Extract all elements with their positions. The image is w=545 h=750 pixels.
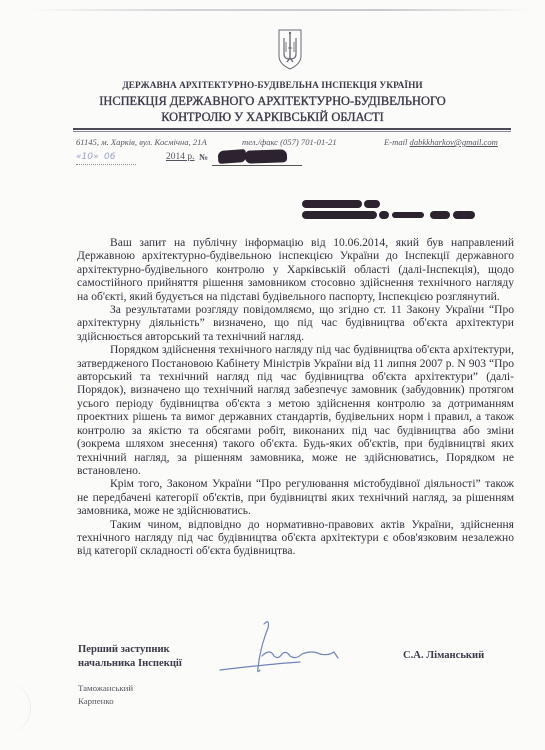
redaction-bar (430, 211, 450, 219)
parent-agency-name: ДЕРЖАВНА АРХІТЕКТУРНО-БУДІВЕЛЬНА ІНСПЕКЦ… (0, 81, 545, 91)
letter-page: ДЕРЖАВНА АРХІТЕКТУРНО-БУДІВЕЛЬНА ІНСПЕКЦ… (0, 0, 545, 750)
executor-name: Таможанський (78, 682, 133, 695)
scan-artifact (0, 683, 31, 733)
trident-emblem-icon (277, 28, 303, 70)
handwritten-signature (200, 618, 350, 678)
signer-title: Перший заступник начальника Інспекції (78, 643, 182, 671)
redaction-bar (302, 200, 362, 208)
date-day: «10» (76, 152, 99, 162)
redaction-bar (379, 211, 389, 219)
email-link[interactable]: dabkkharkov@gmail.com (410, 137, 498, 147)
agency-name-line-2: КОНТРОЛЮ У ХАРКІВСЬКІЙ ОБЛАСТІ (0, 110, 545, 125)
body-paragraph: За результатами розгляду повідомляємо, щ… (77, 304, 514, 344)
redacted-number (218, 149, 247, 164)
body-paragraph: Порядком здійснення технічного нагляду п… (77, 344, 514, 478)
redaction-bar (392, 212, 424, 218)
postal-address: 61145, м. Харків, вул. Космічна, 21А (76, 137, 207, 147)
date-month: 06 (104, 152, 115, 162)
redaction-bar (453, 211, 475, 219)
signer-name: С.А. Ліманський (403, 650, 484, 661)
signer-title-line-1: Перший заступник (78, 643, 182, 657)
email-block: E-mail dabkkharkov@gmail.com (384, 137, 498, 147)
email-label: E-mail (384, 137, 407, 147)
number-sign: № (199, 152, 208, 162)
executor-name: Карпенко (78, 695, 133, 708)
agency-name-line-1: ІНСПЕКЦІЯ ДЕРЖАВНОГО АРХІТЕКТУРНО-БУДІВЕ… (0, 94, 545, 109)
number-underline (212, 165, 302, 166)
redaction-bar (364, 200, 380, 208)
header-rule-thick (73, 128, 511, 130)
body-paragraph: Таким чином, відповідно до нормативно-пр… (77, 519, 514, 559)
date-underline (76, 164, 136, 165)
body-paragraph: Крім того, Законом України “Про регулюва… (77, 478, 514, 518)
header-rule-thin (73, 131, 511, 132)
scan-edge-shade (30, 9, 530, 11)
letter-body: Ваш запит на публічну інформацію від 10.… (77, 237, 514, 559)
redacted-number (245, 149, 287, 163)
date-year: 2014 р. (166, 152, 195, 162)
signer-title-line-2: начальника Інспекції (78, 657, 182, 671)
phone-fax: тел./факс (057) 701-01-21 (242, 137, 337, 147)
redaction-bar (302, 211, 377, 219)
body-paragraph: Ваш запит на публічну інформацію від 10.… (77, 237, 514, 304)
executors: Таможанський Карпенко (78, 682, 133, 708)
